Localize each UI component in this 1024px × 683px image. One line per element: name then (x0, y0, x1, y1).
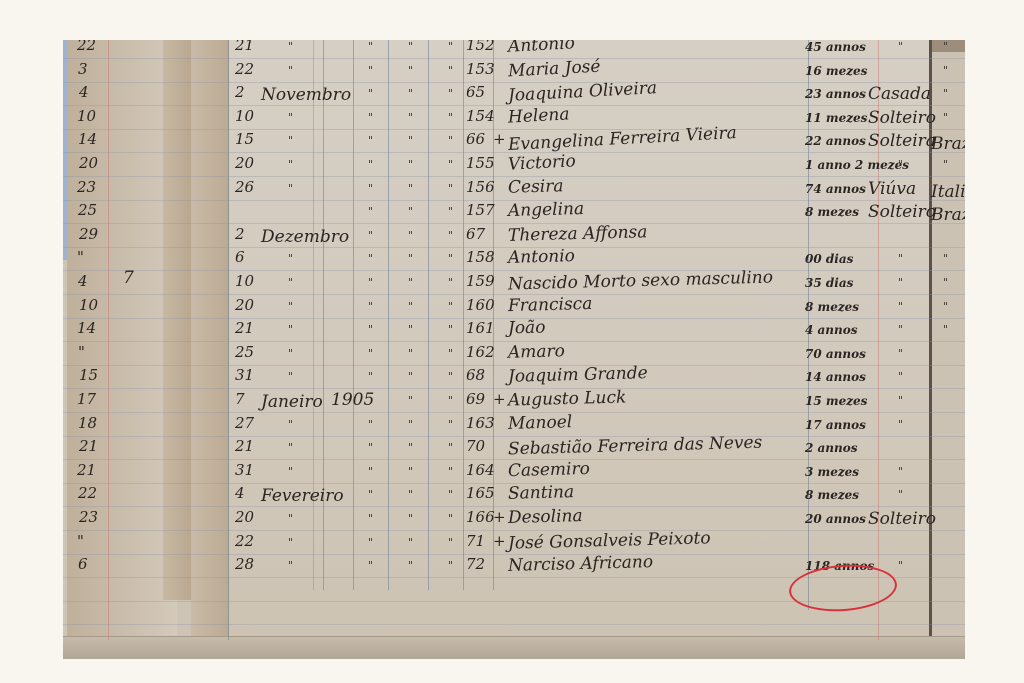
ditto-mark: " (288, 111, 293, 124)
ditto-mark: " (368, 205, 373, 218)
entry-civil-status: Solteiro (868, 108, 936, 128)
entry-day: 20 (235, 508, 254, 526)
entry-register-number: 161 (466, 319, 495, 337)
entry-day: 22 (235, 532, 254, 550)
ditto-mark: " (368, 323, 373, 336)
cross-mark: + (493, 390, 506, 408)
ditto-mark: " (368, 347, 373, 360)
ditto-mark: " (408, 536, 413, 549)
margin-note: 7 (123, 268, 134, 288)
ditto-mark: " (448, 323, 453, 336)
left-page-number: 29 (79, 225, 98, 243)
ditto-mark: " (408, 182, 413, 195)
entry-civil-status: " (898, 323, 903, 336)
ditto-mark: " (288, 158, 293, 171)
entry-register-number: 72 (466, 555, 485, 573)
entry-age: 8 mezes (805, 300, 859, 314)
left-page-number: 10 (77, 107, 96, 125)
ditto-mark: " (448, 111, 453, 124)
ditto-mark: " (288, 441, 293, 454)
entry-age: 1 anno 2 mezes (805, 158, 909, 172)
ditto-mark: " (368, 111, 373, 124)
column-rule (323, 40, 324, 590)
ditto-mark: " (408, 40, 413, 53)
ditto-mark: " (408, 158, 413, 171)
left-page-number: 18 (78, 414, 97, 432)
entry-age: 74 annos (805, 182, 866, 196)
entry-civil-status: " (898, 559, 903, 572)
entry-name: Santina (508, 483, 575, 505)
ditto-mark: " (368, 488, 373, 501)
ditto-mark: " (368, 158, 373, 171)
ditto-mark: " (368, 87, 373, 100)
ditto-mark: " (448, 536, 453, 549)
entry-age: 4 annos (805, 323, 858, 337)
entry-age: 70 annos (805, 347, 866, 361)
entry-name: Helena (508, 104, 570, 127)
entry-nationality: " (943, 87, 948, 100)
entry-register-number: 68 (466, 366, 485, 384)
entry-age: 14 annos (805, 370, 866, 384)
ditto-mark: " (368, 276, 373, 289)
ditto-mark: " (448, 394, 453, 407)
entry-civil-status: Solteiro (868, 509, 936, 529)
ditto-mark: " (408, 252, 413, 265)
entry-register-number: 70 (466, 437, 485, 455)
ditto-mark: " (408, 418, 413, 431)
torn-page-strip (191, 40, 233, 650)
entry-age: 15 mezes (805, 394, 867, 408)
entry-age: 16 mezes (805, 64, 867, 78)
entry-nationality: " (943, 252, 948, 265)
entry-name: Narciso Africano (508, 552, 654, 576)
page-bottom-edge (63, 636, 965, 659)
ditto-mark: " (368, 512, 373, 525)
ditto-mark: " (368, 418, 373, 431)
entry-month: Novembro (261, 85, 351, 105)
entry-age: 20 annos (805, 512, 866, 526)
ditto-mark: " (288, 465, 293, 478)
entry-civil-status: Casada (868, 84, 931, 104)
ditto-mark: " (368, 252, 373, 265)
entry-civil-status: Solteira (868, 131, 936, 151)
ditto-mark: " (368, 536, 373, 549)
entry-civil-status: " (898, 370, 903, 383)
entry-name: Victorio (508, 151, 577, 175)
entry-register-number: 166 (466, 508, 495, 526)
entry-name: João (508, 318, 546, 339)
entry-nationality: Braz (931, 205, 965, 225)
entry-age: 8 mezes (805, 488, 859, 502)
entry-day: 26 (235, 178, 254, 196)
ditto-mark: " (368, 40, 373, 53)
entry-civil-status: " (898, 300, 903, 313)
ditto-mark: " (288, 252, 293, 265)
cross-mark: + (493, 532, 506, 550)
entry-civil-status: " (898, 488, 903, 501)
left-page-number: 23 (77, 178, 96, 196)
entry-register-number: 153 (466, 60, 495, 78)
ditto-mark: " (408, 205, 413, 218)
ditto-mark: " (288, 64, 293, 77)
cross-mark: + (493, 130, 506, 148)
entry-register-number: 155 (466, 154, 495, 172)
entry-register-number: 69 (466, 390, 485, 408)
entry-nationality: " (943, 111, 948, 124)
entry-register-number: 156 (466, 178, 495, 196)
ditto-mark: " (368, 229, 373, 242)
entry-nationality: " (943, 158, 948, 171)
entry-year: 1905 (331, 390, 374, 410)
ditto-mark: " (288, 276, 293, 289)
entry-month: Dezembro (261, 227, 349, 247)
ditto-mark: " (368, 134, 373, 147)
ditto-mark: " (288, 347, 293, 360)
entry-civil-status: " (898, 465, 903, 478)
ledger-photo: 2234101420232529"41014"15171821212223"67… (63, 40, 965, 659)
ditto-mark: " (408, 134, 413, 147)
left-page-number: 22 (77, 40, 96, 54)
entry-day: 31 (235, 461, 254, 479)
entry-day: 31 (235, 366, 254, 384)
ditto-mark: " (408, 488, 413, 501)
entry-age: 11 mezes (805, 111, 867, 125)
left-page-number: 6 (78, 555, 88, 573)
entry-age: 22 annos (805, 134, 866, 148)
ditto-mark: " (288, 418, 293, 431)
ditto-mark: " (408, 347, 413, 360)
entry-nationality: " (943, 276, 948, 289)
ditto-mark: " (288, 300, 293, 313)
entry-day: 25 (235, 343, 254, 361)
ditto-mark: " (448, 512, 453, 525)
ditto-mark: " (408, 512, 413, 525)
cross-mark: + (493, 508, 506, 526)
ditto-mark: " (288, 40, 293, 53)
left-page-number: 14 (78, 130, 97, 148)
entry-day: 22 (235, 60, 254, 78)
entry-name: Joaquim Grande (508, 364, 648, 388)
entry-day: 2 (235, 225, 245, 243)
entry-day: 7 (235, 390, 245, 408)
entry-age: 35 dias (805, 276, 853, 290)
column-rule (313, 40, 314, 590)
entry-register-number: 160 (466, 296, 495, 314)
entry-day: 28 (235, 555, 254, 573)
entry-name: Casemiro (508, 459, 590, 481)
entry-age: 8 mezes (805, 205, 859, 219)
entry-civil-status: " (898, 40, 903, 53)
ditto-mark: " (368, 300, 373, 313)
column-rule (108, 40, 109, 640)
ditto-mark: " (408, 300, 413, 313)
ditto-mark: " (288, 559, 293, 572)
entry-register-number: 165 (466, 484, 495, 502)
entry-register-number: 66 (466, 130, 485, 148)
column-rule (228, 40, 229, 640)
column-rule (388, 40, 389, 590)
entry-civil-status: " (898, 418, 903, 431)
entry-civil-status: " (898, 276, 903, 289)
entry-register-number: 157 (466, 201, 495, 219)
ditto-mark: " (448, 134, 453, 147)
left-page-number: 20 (79, 154, 98, 172)
ditto-mark: " (408, 111, 413, 124)
left-page-number: 10 (79, 296, 98, 314)
entry-name: Augusto Luck (508, 387, 627, 410)
entry-nationality: " (943, 323, 948, 336)
entry-register-number: 71 (466, 532, 485, 550)
left-page-number: 15 (79, 366, 98, 384)
ditto-mark: " (408, 465, 413, 478)
entry-register-number: 162 (466, 343, 495, 361)
ditto-mark: " (288, 536, 293, 549)
entry-age: 3 mezes (805, 465, 859, 479)
entry-civil-status: " (898, 158, 903, 171)
ditto-mark: " (408, 87, 413, 100)
ditto-mark: " (288, 182, 293, 195)
left-page-number: 21 (77, 461, 96, 479)
entry-day: 10 (235, 107, 254, 125)
ditto-mark: " (448, 87, 453, 100)
entry-day: 6 (235, 248, 245, 266)
left-page-number: 3 (78, 60, 88, 78)
ditto-mark: " (368, 441, 373, 454)
entry-nationality: " (943, 40, 948, 53)
entry-day: 21 (235, 40, 254, 54)
entry-nationality: Brazi (931, 134, 965, 154)
entry-name: Francisca (508, 293, 593, 315)
entry-register-number: 65 (466, 83, 485, 101)
ditto-mark: " (448, 347, 453, 360)
entry-day: 15 (235, 130, 254, 148)
entry-name: Antonio (508, 247, 575, 269)
ditto-mark: " (288, 512, 293, 525)
ditto-mark: " (448, 252, 453, 265)
ditto-mark: " (368, 182, 373, 195)
entry-register-number: 163 (466, 414, 495, 432)
entry-civil-status: " (898, 252, 903, 265)
ditto-mark: " (448, 40, 453, 53)
left-page-number: 17 (77, 390, 96, 408)
ditto-mark: " (448, 559, 453, 572)
ditto-mark: " (448, 300, 453, 313)
entry-name: Desolina (508, 506, 583, 528)
column-rule (463, 40, 464, 590)
left-page-number: " (77, 532, 84, 550)
entry-day: 21 (235, 437, 254, 455)
entry-register-number: 164 (466, 461, 495, 479)
entry-nationality: " (943, 300, 948, 313)
entry-civil-status: Solteiro (868, 202, 936, 222)
ditto-mark: " (408, 441, 413, 454)
entry-register-number: 67 (466, 225, 485, 243)
ditto-mark: " (408, 394, 413, 407)
ditto-mark: " (448, 488, 453, 501)
ditto-mark: " (448, 370, 453, 383)
ditto-mark: " (448, 465, 453, 478)
column-rule (878, 40, 879, 640)
left-page-number: " (77, 248, 84, 266)
ditto-mark: " (368, 370, 373, 383)
ditto-mark: " (408, 229, 413, 242)
entry-age: 2 annos (805, 441, 858, 455)
entry-day: 20 (235, 154, 254, 172)
entry-nationality: " (943, 64, 948, 77)
entry-month: Fevereiro (261, 486, 344, 506)
entry-month: Janeiro (261, 392, 323, 412)
entry-name: Cesira (508, 176, 564, 197)
ditto-mark: " (288, 323, 293, 336)
ditto-mark: " (288, 370, 293, 383)
entry-register-number: 159 (466, 272, 495, 290)
left-page-number: " (78, 343, 85, 361)
ditto-mark: " (368, 559, 373, 572)
column-rule (353, 40, 354, 590)
entry-name: Angelina (508, 199, 585, 221)
ditto-mark: " (368, 64, 373, 77)
entry-name: Thereza Affonsa (508, 222, 648, 246)
ditto-mark: " (448, 205, 453, 218)
ditto-mark: " (408, 370, 413, 383)
entry-name: Manoel (508, 412, 573, 434)
ditto-mark: " (408, 276, 413, 289)
entry-name: Maria José (508, 56, 601, 81)
entry-register-number: 158 (466, 248, 495, 266)
entry-nationality: Itali (931, 182, 965, 202)
entry-civil-status: " (898, 394, 903, 407)
ditto-mark: " (408, 64, 413, 77)
left-page-number: 25 (78, 201, 97, 219)
entry-day: 27 (235, 414, 254, 432)
entry-register-number: 152 (466, 40, 495, 54)
entry-civil-status: Viúva (868, 179, 916, 199)
entry-day: 20 (235, 296, 254, 314)
ditto-mark: " (448, 418, 453, 431)
entry-age: 17 annos (805, 418, 866, 432)
entry-day: 4 (235, 484, 245, 502)
left-page-number: 4 (79, 83, 89, 101)
ditto-mark: " (448, 182, 453, 195)
ditto-mark: " (448, 64, 453, 77)
entry-day: 2 (235, 83, 245, 101)
entry-day: 10 (235, 272, 254, 290)
entry-name: Amaro (508, 341, 565, 362)
entry-age: 00 dias (805, 252, 853, 266)
ditto-mark: " (368, 465, 373, 478)
ditto-mark: " (408, 559, 413, 572)
ditto-mark: " (288, 134, 293, 147)
left-page-number: 4 (78, 272, 88, 290)
entry-civil-status: " (898, 347, 903, 360)
left-page-number: 23 (79, 508, 98, 526)
left-page-number: 14 (77, 319, 96, 337)
entry-register-number: 154 (466, 107, 495, 125)
left-page-number: 21 (79, 437, 98, 455)
entry-age: 45 annos (805, 40, 866, 54)
ditto-mark: " (448, 276, 453, 289)
column-rule (428, 40, 429, 590)
entry-day: 21 (235, 319, 254, 337)
ditto-mark: " (448, 229, 453, 242)
ditto-mark: " (408, 323, 413, 336)
left-page-number: 22 (78, 484, 97, 502)
ditto-mark: " (448, 158, 453, 171)
ditto-mark: " (448, 441, 453, 454)
entry-age: 23 annos (805, 87, 866, 101)
